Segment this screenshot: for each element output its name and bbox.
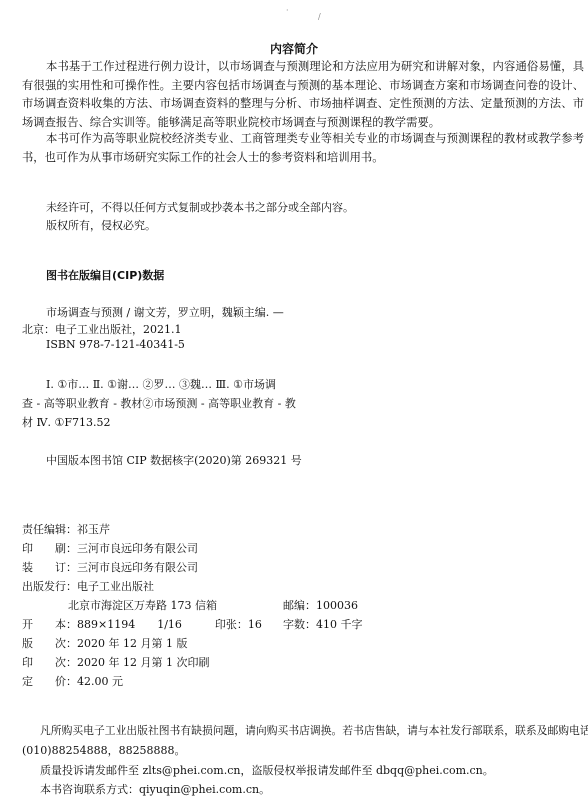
format-value: 889×1194 1/16 印张：16 — [77, 618, 262, 631]
summary-title: 内容简介 — [0, 40, 588, 57]
rights-reserved: 版权所有，侵权必究。 — [46, 217, 156, 233]
publisher-label: 出版发行： — [22, 580, 77, 593]
cip-classification-3: 材 Ⅳ. ①F713.52 — [22, 414, 110, 430]
wordcount-label: 字数： — [283, 618, 316, 631]
summary-paragraph-2: 本书可作为高等职业院校经济类专业、工商管理类专业等相关专业的市场调查与预测课程的… — [22, 130, 584, 167]
postcode-label: 邮编： — [283, 599, 316, 612]
printing-row: 印 刷：三河市良远印务有限公司 — [22, 540, 198, 556]
postcode-row: 邮编：100036 — [283, 597, 358, 613]
format-label: 开 本： — [22, 618, 77, 631]
copyright-notice: 未经许可，不得以任何方式复制或抄袭本书之部分或全部内容。 — [46, 199, 354, 215]
postcode-value: 100036 — [316, 599, 358, 612]
editor-label: 责任编辑： — [22, 523, 77, 536]
price-value: 42.00 元 — [77, 675, 123, 688]
contact-defect-notice: 凡所购买电子工业出版社图书有缺损问题，请向购买书店调换。若书店售缺，请与本社发行… — [40, 723, 588, 738]
impression-row: 印 次：2020 年 12 月第 1 次印刷 — [22, 654, 209, 670]
wordcount-row: 字数：410 千字 — [283, 616, 363, 632]
editor-value: 祁玉芹 — [77, 523, 110, 536]
scan-speck: / — [318, 12, 321, 21]
copyright-page: · / 内容简介 本书基于工作过程进行例力设计，以市场调查与预测理论和方法应用为… — [0, 0, 588, 811]
binding-value: 三河市良远印务有限公司 — [77, 561, 198, 574]
cip-verification: 中国版本图书馆 CIP 数据核字(2020)第 269321 号 — [46, 452, 302, 468]
binding-label: 装 订： — [22, 561, 77, 574]
cip-publisher-date: 北京：电子工业出版社，2021.1 — [22, 321, 182, 337]
cip-isbn: ISBN 978-7-121-40341-5 — [46, 338, 185, 351]
publisher-value: 电子工业出版社 — [77, 580, 154, 593]
summary-paragraph-1: 本书基于工作过程进行例力设计，以市场调查与预测理论和方法应用为研究和讲解对象，内… — [22, 58, 584, 132]
cip-title-authors: 市场调查与预测 / 谢文芳，罗立明，魏颖主编. — — [46, 304, 284, 320]
editor-row: 责任编辑：祁玉芹 — [22, 521, 110, 537]
contact-phone: (010)88254888，88258888。 — [22, 742, 186, 758]
scan-speck: · — [286, 6, 289, 15]
cip-classification-2: 查 - 高等职业教育 - 教材②市场预测 - 高等职业教育 - 教 — [22, 395, 296, 411]
edition-label: 版 次： — [22, 637, 77, 650]
edition-value: 2020 年 12 月第 1 版 — [77, 637, 187, 650]
address-value: 北京市海淀区万寿路 173 信箱 — [68, 597, 217, 613]
binding-row: 装 订：三河市良远印务有限公司 — [22, 559, 198, 575]
edition-row: 版 次：2020 年 12 月第 1 版 — [22, 635, 187, 651]
format-row: 开 本：889×1194 1/16 印张：16 — [22, 616, 262, 632]
impression-value: 2020 年 12 月第 1 次印刷 — [77, 656, 209, 669]
printing-label: 印 刷： — [22, 542, 77, 555]
cip-classification-1: Ⅰ. ①市… Ⅱ. ①谢… ②罗… ③魏… Ⅲ. ①市场调 — [46, 376, 276, 392]
wordcount-value: 410 千字 — [316, 618, 363, 631]
printing-value: 三河市良远印务有限公司 — [77, 542, 198, 555]
impression-label: 印 次： — [22, 656, 77, 669]
cip-heading: 图书在版编目(CIP)数据 — [46, 267, 164, 283]
publisher-row: 出版发行：电子工业出版社 — [22, 578, 154, 594]
price-label: 定 价： — [22, 675, 77, 688]
price-row: 定 价：42.00 元 — [22, 673, 123, 689]
contact-complaint-email: 质量投诉请发邮件至 zlts@phei.com.cn，盗版侵权举报请发邮件至 d… — [40, 762, 494, 778]
contact-inquiry-email: 本书咨询联系方式：qiyuqin@phei.com.cn。 — [40, 781, 270, 797]
